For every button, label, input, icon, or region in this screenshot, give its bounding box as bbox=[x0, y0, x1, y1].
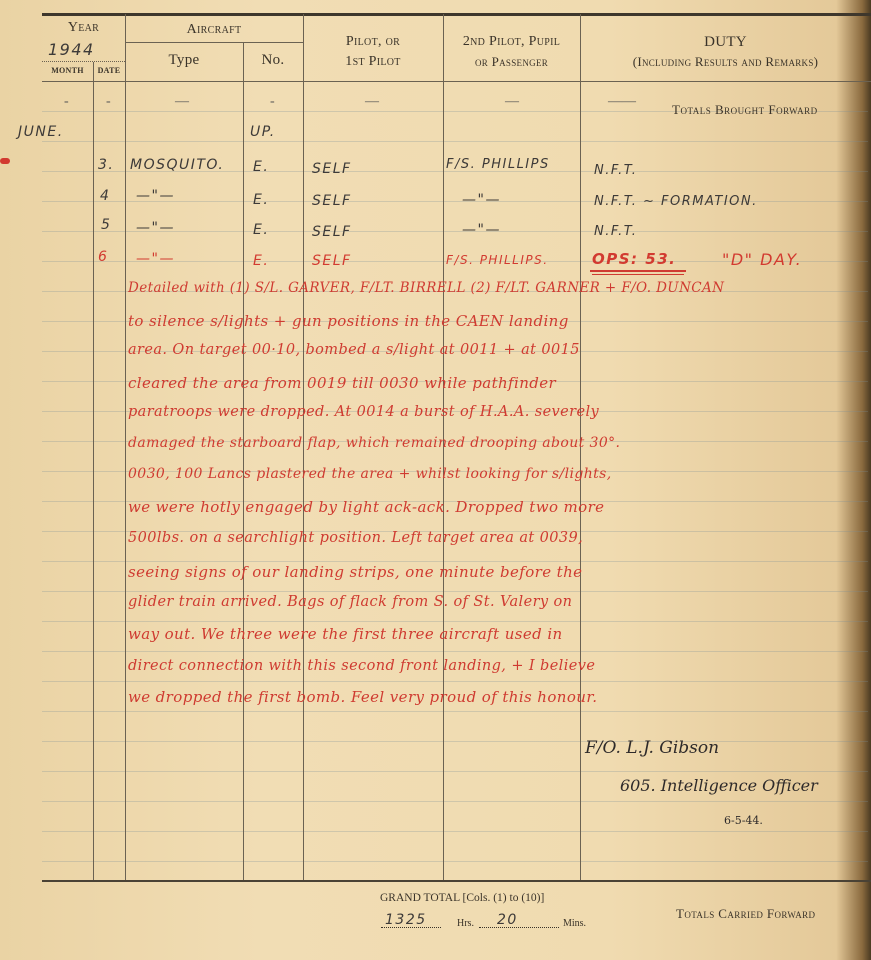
col-divider-type bbox=[125, 14, 126, 880]
entry-date: 6 bbox=[98, 249, 108, 265]
col-divider-no bbox=[243, 42, 244, 880]
year-dotted-line bbox=[42, 61, 125, 62]
entry-pilot: SELF bbox=[312, 161, 352, 177]
aircraft-subheader-border bbox=[125, 42, 303, 43]
no-label: No. bbox=[243, 52, 303, 69]
second-pilot-label-line2: or Passenger bbox=[443, 54, 580, 70]
totals-brought-forward-label: Totals Brought Forward bbox=[672, 102, 818, 118]
bf-pilot: — bbox=[365, 94, 379, 110]
grand-total-label: GRAND TOTAL [Cols. (1) to (10)] bbox=[380, 892, 544, 904]
type-label: Type bbox=[125, 52, 243, 69]
remark-line: 0030, 100 Lancs plastered the area + whi… bbox=[128, 466, 612, 482]
entry-duty-ops: OPS: 53. bbox=[592, 250, 676, 268]
bf-duty-dash: —— bbox=[608, 94, 636, 110]
entry-type: —"— bbox=[136, 251, 175, 267]
month-value: JUNE. bbox=[18, 124, 64, 140]
entry-date: 3. bbox=[98, 157, 114, 173]
remark-line: damaged the starboard flap, which remain… bbox=[128, 435, 620, 451]
pilot-label-line2: 1st Pilot bbox=[303, 54, 443, 70]
year-label: Year bbox=[42, 20, 125, 36]
entry-no: E. bbox=[253, 253, 269, 269]
bf-month: - bbox=[64, 94, 69, 110]
entry-pilot: SELF bbox=[312, 253, 352, 269]
entry-type: —"— bbox=[136, 220, 175, 236]
entry-no: E. bbox=[253, 159, 269, 175]
signature-date: 6-5-44. bbox=[724, 814, 763, 827]
entry-second-pilot: —"— bbox=[462, 192, 501, 208]
aircraft-label: Aircraft bbox=[125, 22, 303, 38]
bf-second-pilot: — bbox=[505, 94, 519, 110]
aircraft-no-up: UP. bbox=[250, 124, 276, 140]
ops-underline bbox=[590, 270, 686, 272]
mins-dotted-line bbox=[479, 927, 559, 928]
signature-title: 605. Intelligence Officer bbox=[620, 776, 818, 795]
remark-line: seeing signs of our landing strips, one … bbox=[128, 563, 582, 581]
remark-line: Detailed with (1) S/L. GARVER, F/LT. BIR… bbox=[128, 280, 724, 296]
remark-line: way out. We three were the first three a… bbox=[128, 625, 563, 643]
entry-pilot: SELF bbox=[312, 193, 352, 209]
mins-label: Mins. bbox=[563, 918, 586, 929]
bf-no: - bbox=[270, 94, 275, 110]
entry-second-pilot: —"— bbox=[462, 222, 501, 238]
grand-total-mins: 20 bbox=[497, 912, 518, 928]
remark-line: 500lbs. on a searchlight position. Left … bbox=[128, 530, 583, 546]
entry-duty: N.F.T. ~ FORMATION. bbox=[594, 194, 758, 209]
logbook-page: Year 1944 Month Date Aircraft Type No. P… bbox=[0, 0, 871, 960]
ops-underline-2 bbox=[592, 274, 684, 275]
entry-duty: N.F.T. bbox=[594, 224, 637, 239]
bf-date: - bbox=[106, 94, 111, 110]
margin-red-mark bbox=[0, 158, 10, 164]
remark-line: we were hotly engaged by light ack-ack. … bbox=[128, 498, 604, 516]
grand-total-hours-mins: 1325 Hrs. 20 Mins. bbox=[381, 916, 591, 930]
year-value: 1944 bbox=[48, 40, 95, 59]
grand-total-hours: 1325 bbox=[385, 912, 427, 928]
date-label: Date bbox=[93, 66, 125, 75]
remark-line: glider train arrived. Bags of flack from… bbox=[128, 594, 572, 610]
remark-line: cleared the area from 0019 till 0030 whi… bbox=[128, 374, 556, 392]
totals-carried-forward-label: Totals Carried Forward bbox=[676, 906, 815, 922]
entry-second-pilot: F/S. PHILLIPS. bbox=[446, 253, 549, 267]
entry-duty-d-day: "D" DAY. bbox=[722, 250, 802, 269]
header-bottom-border bbox=[42, 81, 871, 82]
second-pilot-label-line1: 2nd Pilot, Pupil bbox=[443, 34, 580, 50]
table-bottom-border bbox=[42, 880, 871, 882]
entry-type: —"— bbox=[136, 188, 175, 204]
month-label: Month bbox=[42, 66, 93, 75]
top-border bbox=[42, 13, 871, 16]
remark-line: we dropped the first bomb. Feel very pro… bbox=[128, 688, 597, 706]
month-date-divider bbox=[93, 62, 94, 880]
entry-date: 4 bbox=[100, 188, 110, 204]
entry-duty: N.F.T. bbox=[594, 163, 637, 178]
remark-line: area. On target 00·10, bombed a s/light … bbox=[128, 342, 580, 358]
entry-type: MOSQUITO. bbox=[130, 157, 224, 173]
entry-date: 5 bbox=[101, 217, 111, 233]
signature-name: F/O. L.J. Gibson bbox=[585, 738, 719, 758]
entry-no: E. bbox=[253, 222, 269, 238]
entry-pilot: SELF bbox=[312, 224, 352, 240]
hrs-label: Hrs. bbox=[457, 918, 474, 929]
remark-line: to silence s/lights + gun positions in t… bbox=[128, 312, 569, 330]
remark-line: direct connection with this second front… bbox=[128, 658, 595, 674]
bf-type: — bbox=[175, 94, 189, 110]
pilot-label-line1: Pilot, or bbox=[303, 34, 443, 50]
duty-label-line1: DUTY bbox=[580, 34, 871, 51]
remark-line: paratroops were dropped. At 0014 a burst… bbox=[128, 404, 599, 420]
duty-label-line2: (Including Results and Remarks) bbox=[580, 54, 871, 70]
entry-no: E. bbox=[253, 192, 269, 208]
entry-second-pilot: F/S. PHILLIPS bbox=[446, 157, 550, 172]
